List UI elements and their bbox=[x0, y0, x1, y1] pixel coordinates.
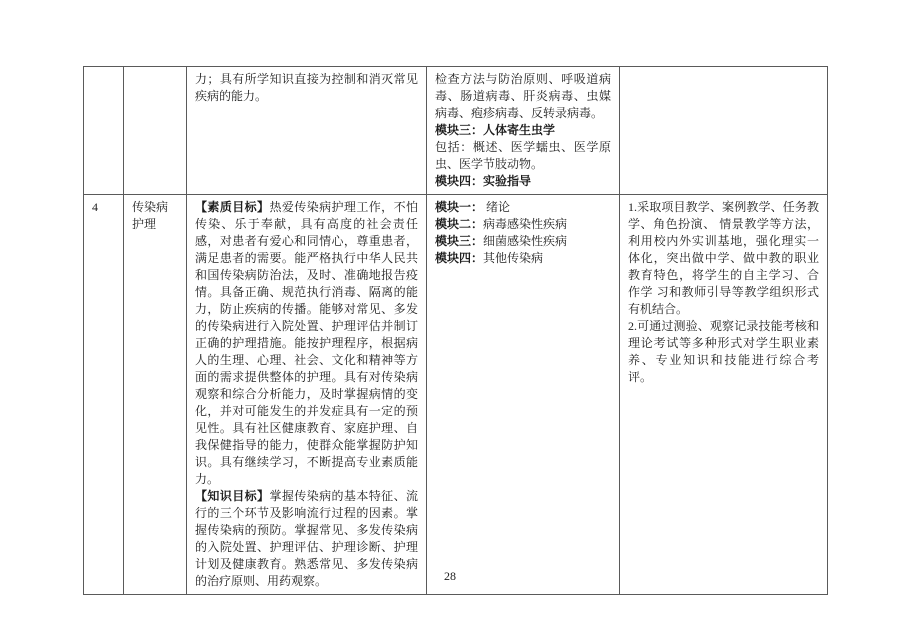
document-page: 力；具有所学知识直接为控制和消灭常见疾病的能力。 检查方法与防治原则、呼吸道病毒… bbox=[0, 0, 900, 636]
module-item-3: 模块三：细菌感染性疾病 bbox=[435, 233, 611, 250]
course-name-line1: 传染病 bbox=[132, 199, 178, 216]
cell-methods-empty bbox=[620, 67, 828, 195]
table-row-course-4: 4 传染病 护理 【素质目标】热爱传染病护理工作，不怕传染、乐于奉献，具有高度的… bbox=[84, 195, 828, 595]
module-1-label: 模块一： bbox=[435, 200, 483, 214]
modules-continuation-intro: 检查方法与防治原则、呼吸道病毒、肠道病毒、肝炎病毒、虫媒病毒、疱疹病毒、反转录病… bbox=[435, 71, 611, 122]
course-index: 4 bbox=[92, 200, 98, 214]
cell-course-objectives: 【素质目标】热爱传染病护理工作，不怕传染、乐于奉献，具有高度的社会责任感，对患者… bbox=[187, 195, 427, 595]
module-1-text: 绪论 bbox=[483, 200, 510, 214]
knowledge-objectives-label: 【知识目标】 bbox=[195, 489, 269, 503]
module-3-text: 细菌感染性疾病 bbox=[483, 234, 567, 248]
module-2-label: 模块二： bbox=[435, 217, 483, 231]
module-item-4: 模块四：其他传染病 bbox=[435, 250, 611, 267]
cell-course-modules: 模块一： 绪论 模块二：病毒感染性疾病 模块三：细菌感染性疾病 模块四：其他传染… bbox=[427, 195, 620, 595]
module-item-1: 模块一： 绪论 bbox=[435, 199, 611, 216]
module3-heading: 模块三：人体寄生虫学 bbox=[435, 122, 611, 139]
module4-heading: 模块四：实验指导 bbox=[435, 173, 611, 190]
teaching-method-1: 1.采取项目教学、案例教学、任务教学、角色扮演、 情景教学等方法，利用校内外实训… bbox=[628, 199, 819, 318]
cell-modules-continuation: 检查方法与防治原则、呼吸道病毒、肠道病毒、肝炎病毒、虫媒病毒、疱疹病毒、反转录病… bbox=[427, 67, 620, 195]
objectives-continuation-text: 力；具有所学知识直接为控制和消灭常见疾病的能力。 bbox=[195, 71, 418, 105]
cell-course-empty bbox=[124, 67, 187, 195]
teaching-method-2: 2.可通过测验、观察记录技能考核和理论考试等多种形式对学生职业素养、专业知识和技… bbox=[628, 318, 819, 386]
module-4-text: 其他传染病 bbox=[483, 251, 543, 265]
cell-course-name: 传染病 护理 bbox=[124, 195, 187, 595]
table-row-continuation: 力；具有所学知识直接为控制和消灭常见疾病的能力。 检查方法与防治原则、呼吸道病毒… bbox=[84, 67, 828, 195]
module-item-2: 模块二：病毒感染性疾病 bbox=[435, 216, 611, 233]
module3-detail: 包括：概述、医学蠕虫、医学原虫、医学节肢动物。 bbox=[435, 139, 611, 173]
page-number: 28 bbox=[0, 569, 900, 584]
cell-course-index: 4 bbox=[84, 195, 124, 595]
module-2-text: 病毒感染性疾病 bbox=[483, 217, 567, 231]
course-table: 力；具有所学知识直接为控制和消灭常见疾病的能力。 检查方法与防治原则、呼吸道病毒… bbox=[83, 66, 828, 595]
quality-objectives-text: 热爱传染病护理工作，不怕传染、乐于奉献，具有高度的社会责任感，对患者有爱心和同情… bbox=[195, 200, 418, 486]
course-name-line2: 护理 bbox=[132, 216, 178, 233]
quality-objectives-label: 【素质目标】 bbox=[195, 200, 269, 214]
cell-course-methods: 1.采取项目教学、案例教学、任务教学、角色扮演、 情景教学等方法，利用校内外实训… bbox=[620, 195, 828, 595]
module-3-label: 模块三： bbox=[435, 234, 483, 248]
cell-index-empty bbox=[84, 67, 124, 195]
quality-objectives-paragraph: 【素质目标】热爱传染病护理工作，不怕传染、乐于奉献，具有高度的社会责任感，对患者… bbox=[195, 199, 418, 488]
module-4-label: 模块四： bbox=[435, 251, 483, 265]
cell-objectives-continuation: 力；具有所学知识直接为控制和消灭常见疾病的能力。 bbox=[187, 67, 427, 195]
